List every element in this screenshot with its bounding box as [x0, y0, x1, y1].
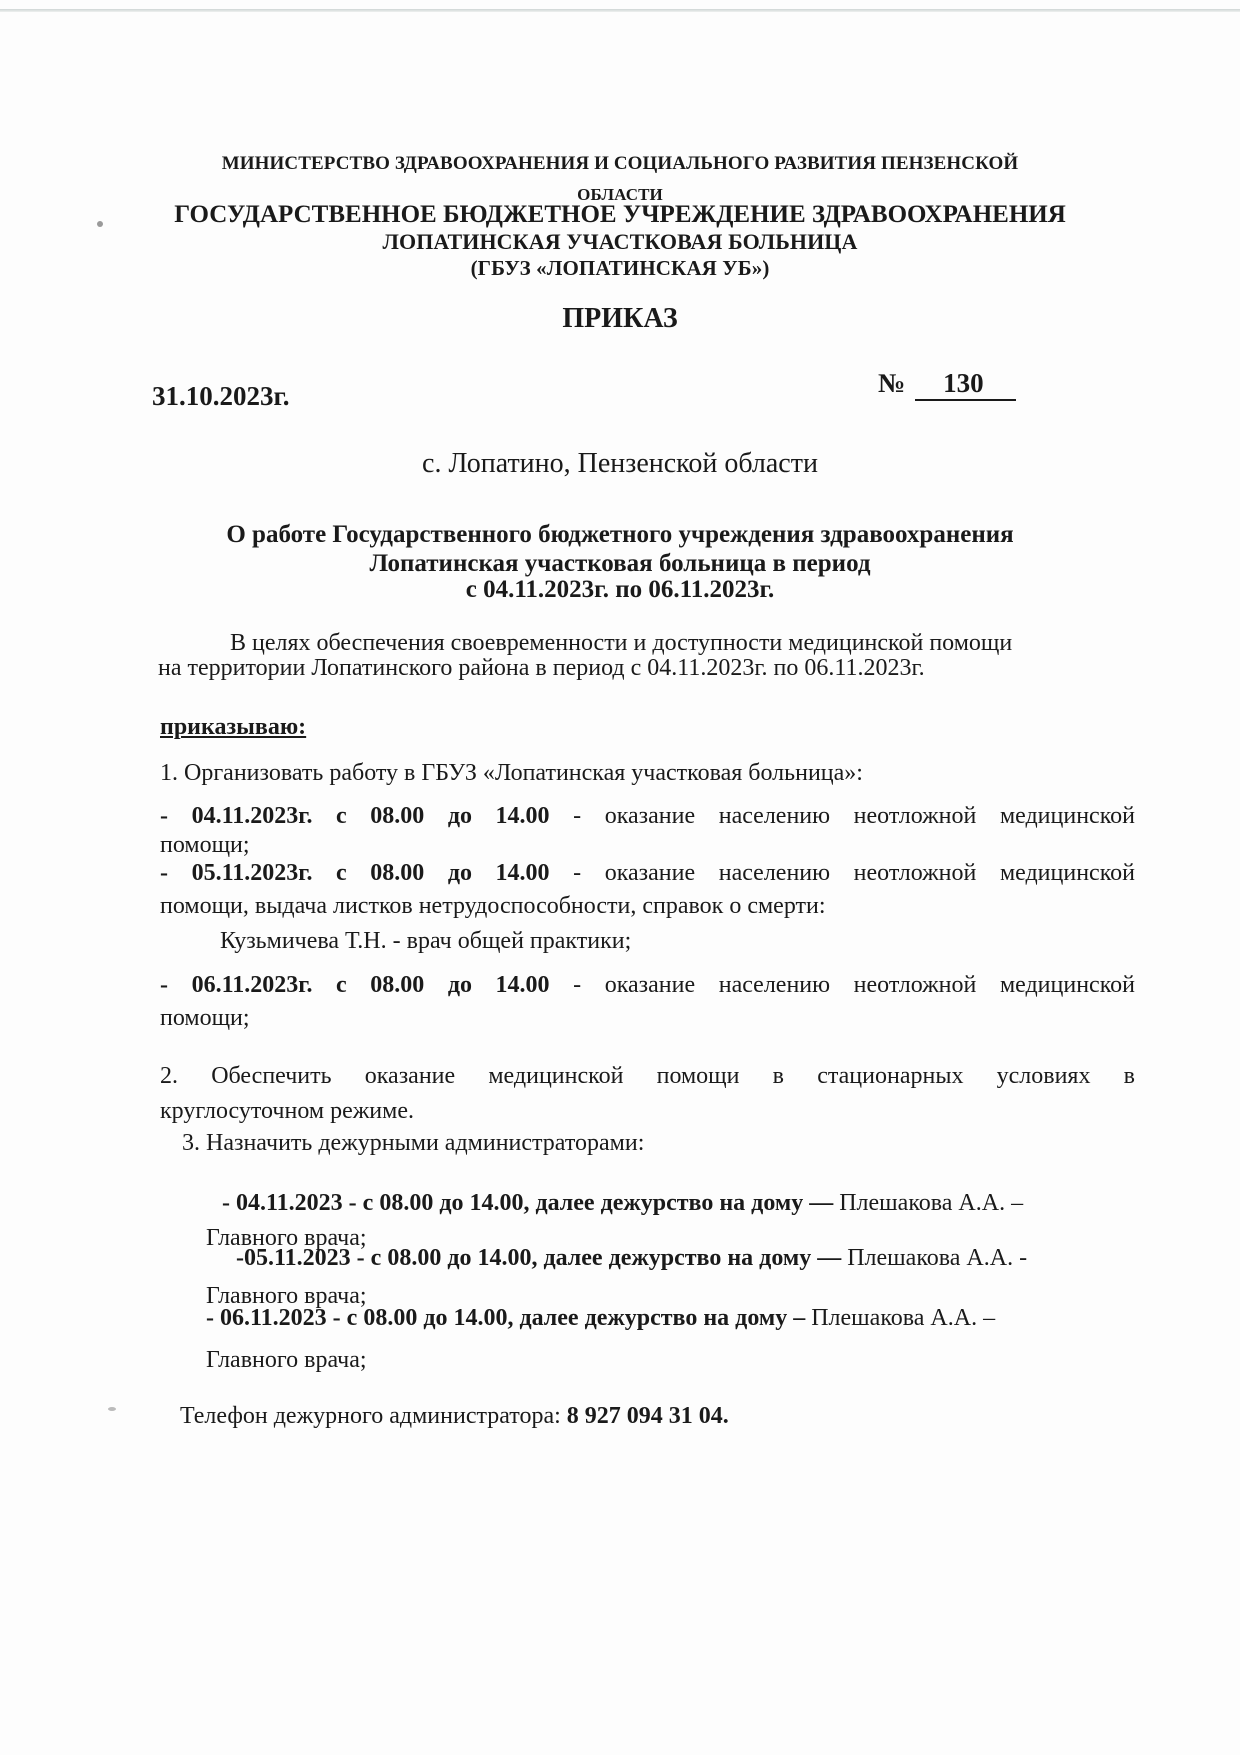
duty-3-schedule: - 06.11.2023 - с 08.00 до 14.00, далее д…: [206, 1305, 805, 1331]
order-date: 31.10.2023г.: [152, 381, 289, 412]
entry-3-date-time: - 06.11.2023г. с 08.00 до 14.00: [160, 972, 550, 998]
duty-2: -05.11.2023 - с 08.00 до 14.00, далее де…: [236, 1245, 1027, 1272]
institution-line-2: ЛОПАТИНСКАЯ УЧАСТКОВАЯ БОЛЬНИЦА: [0, 229, 1240, 255]
item-2-line-1: 2. Обеспечить оказание медицинской помощ…: [160, 1063, 1135, 1090]
entry-2-text: - оказание населению неотложной медицинс…: [550, 860, 1135, 886]
place: с. Лопатино, Пензенской области: [0, 448, 1240, 480]
order-number: №130: [878, 368, 1016, 401]
phone-number: 8 927 094 31 04.: [567, 1403, 729, 1429]
item-1-title: 1. Организовать работу в ГБУЗ «Лопатинск…: [160, 760, 863, 787]
subject-line-3: с 04.11.2023г. по 06.11.2023г.: [0, 579, 1240, 600]
scan-edge: [0, 9, 1240, 12]
duty-3-person: Плешакова А.А. –: [805, 1305, 995, 1331]
duty-2-schedule: -05.11.2023 - с 08.00 до 14.00, далее де…: [236, 1245, 841, 1271]
document-type: ПРИКАЗ: [0, 303, 1240, 335]
subject-line-2: Лопатинская участковая больница в период: [0, 553, 1240, 574]
item-2-line-2: круглосуточном режиме.: [160, 1098, 414, 1125]
item-3-title: 3. Назначить дежурными администраторами:: [182, 1130, 644, 1157]
entry-2-staff: Кузьмичева Т.Н. - врач общей практики;: [220, 928, 631, 955]
item-1-entry-3: - 06.11.2023г. с 08.00 до 14.00 - оказан…: [160, 972, 1135, 999]
institution-short-name: (ГБУЗ «ЛОПАТИНСКАЯ УБ»): [0, 256, 1240, 281]
subject-line-1: О работе Государственного бюджетного учр…: [0, 524, 1240, 545]
order-word-text: приказываю:: [160, 714, 306, 740]
number-label: №: [878, 368, 905, 398]
duty-3-role: Главного врача;: [206, 1347, 367, 1374]
duty-1: - 04.11.2023 - с 08.00 до 14.00, далее д…: [222, 1190, 1023, 1217]
entry-3-text: - оказание населению неотложной медицинс…: [550, 972, 1135, 998]
preamble-line-1: В целях обеспечения своевременности и до…: [230, 630, 1012, 657]
item-1-entry-2: - 05.11.2023г. с 08.00 до 14.00 - оказан…: [160, 860, 1135, 887]
phone-label: Телефон дежурного администратора:: [180, 1403, 567, 1429]
entry-1-cont: помощи;: [160, 832, 250, 859]
number-value: 130: [915, 368, 1016, 401]
duty-1-person: Плешакова А.А. –: [833, 1190, 1023, 1216]
institution-line-1: ГОСУДАРСТВЕННОЕ БЮДЖЕТНОЕ УЧРЕЖДЕНИЕ ЗДР…: [0, 201, 1240, 229]
entry-1-date-time: - 04.11.2023г. с 08.00 до 14.00: [160, 803, 550, 829]
order-word: приказываю:: [160, 714, 306, 741]
entry-1-text: - оказание населению неотложной медицинс…: [550, 803, 1135, 829]
preamble-line-2: на территории Лопатинского района в пери…: [158, 655, 925, 682]
duty-2-person: Плешакова А.А. -: [841, 1245, 1027, 1271]
ministry-line-1: МИНИСТЕРСТВО ЗДРАВООХРАНЕНИЯ И СОЦИАЛЬНО…: [0, 153, 1240, 175]
duty-phone: Телефон дежурного администратора: 8 927 …: [180, 1403, 729, 1430]
duty-3: - 06.11.2023 - с 08.00 до 14.00, далее д…: [206, 1305, 995, 1332]
entry-2-cont: помощи, выдача листков нетрудоспособност…: [160, 893, 826, 920]
entry-3-cont: помощи;: [160, 1005, 250, 1032]
item-1-entry-1: - 04.11.2023г. с 08.00 до 14.00 - оказан…: [160, 803, 1135, 830]
scan-speck: [108, 1407, 116, 1411]
duty-1-schedule: - 04.11.2023 - с 08.00 до 14.00, далее д…: [222, 1190, 833, 1216]
entry-2-date-time: - 05.11.2023г. с 08.00 до 14.00: [160, 860, 550, 886]
